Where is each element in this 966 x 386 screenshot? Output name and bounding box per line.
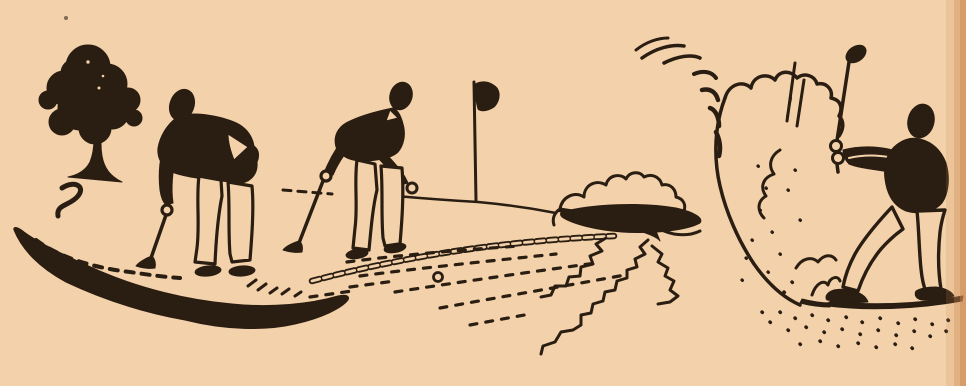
hand-ring	[831, 141, 842, 152]
paper-speck	[64, 16, 67, 19]
golf-cartoon-illustration	[0, 0, 966, 386]
golfer-pant-leg	[228, 182, 253, 262]
putter-grip-ring	[162, 205, 172, 215]
golfer-pant-leg	[381, 166, 403, 246]
hand-ring	[833, 153, 844, 164]
ball-on-fairway	[434, 273, 443, 282]
page-edge-shading	[946, 0, 966, 386]
leaf-highlight	[101, 74, 105, 78]
dropped-ball	[407, 183, 417, 193]
leaf-highlight	[86, 60, 90, 64]
paper-background	[0, 0, 966, 386]
page-edge-dark	[960, 0, 966, 386]
leaf-highlight	[97, 86, 101, 90]
scanned-book-illustration	[0, 0, 966, 386]
